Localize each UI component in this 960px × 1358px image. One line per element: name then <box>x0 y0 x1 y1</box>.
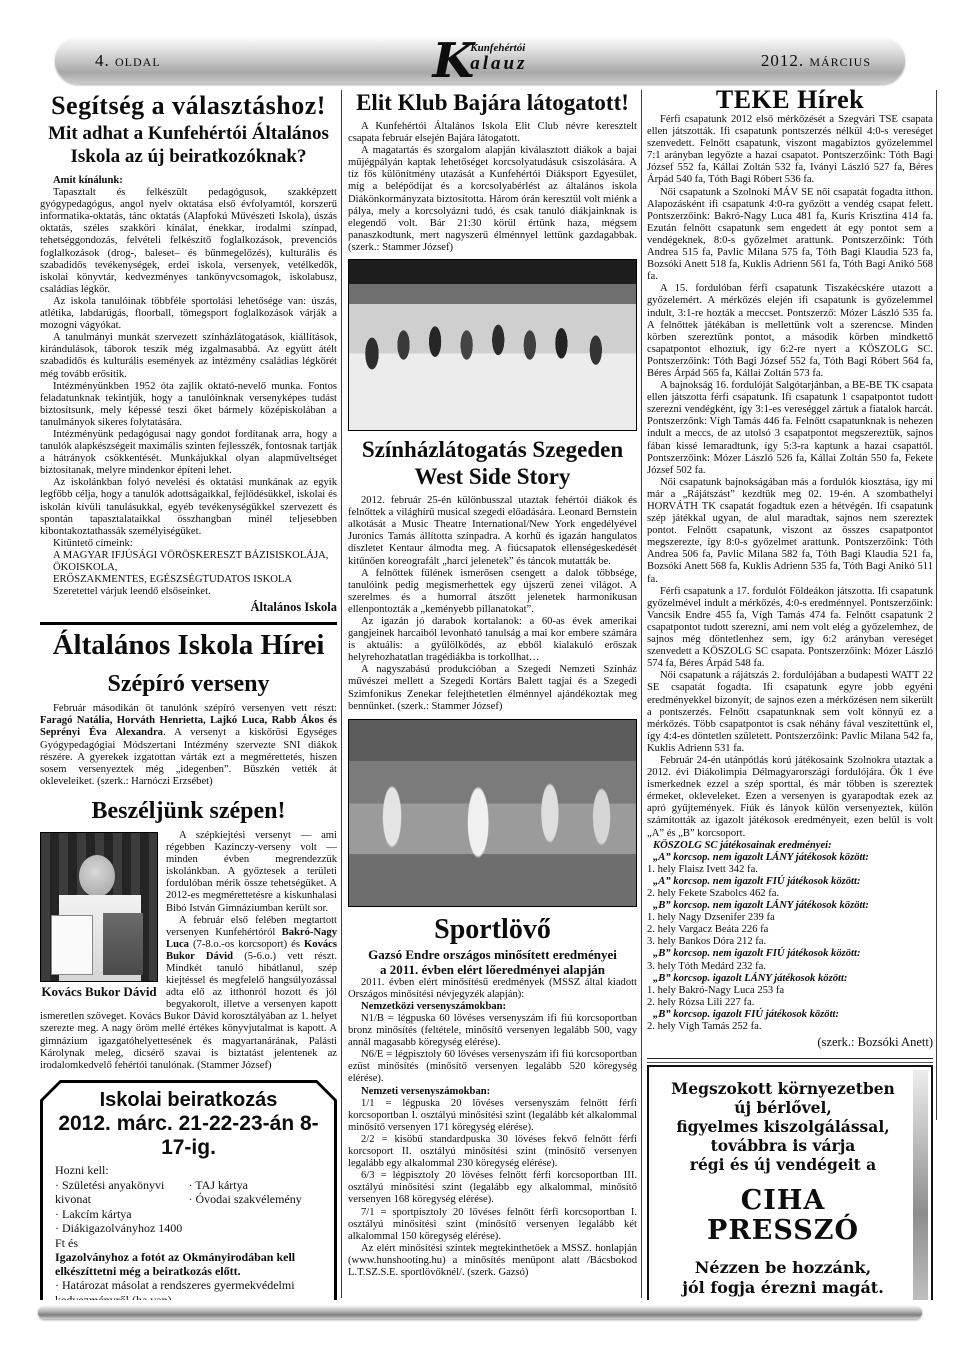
section-title-hirei: Általános Iskola Hírei <box>40 629 337 661</box>
photo-ice-skating-group <box>348 259 637 431</box>
checklist-item: · Óvodai szakvélemény <box>189 1192 323 1207</box>
paragraph: Szeretettel várjuk leendő elsőseinket. <box>40 586 337 598</box>
logo-k-glyph: K <box>433 36 475 86</box>
paragraph: Az iskolánkban folyó nevelési és oktatás… <box>40 477 337 537</box>
checklist-item: · TAJ kártya <box>189 1178 323 1193</box>
ad-line: továbbra is várja <box>661 1136 905 1155</box>
paragraph: A bajnokság 16. fordulóját Salgótarjánba… <box>647 380 933 477</box>
paragraph: Az iskola tanulóinak többféle sportolási… <box>40 296 337 332</box>
article-title-west-side-story: West Side Story <box>348 464 637 490</box>
column-separator <box>936 90 937 1120</box>
ciha-presszo-ad: Megszokott környezetbenúj bérlővel,figye… <box>647 1065 933 1300</box>
article-title-sportlovo: Sportlövő <box>348 915 637 945</box>
paragraph: Intézményünk pedagógusai nagy gondot for… <box>40 429 337 477</box>
paragraph: N6/E = légpisztoly 60 lövéses versenyszá… <box>348 1049 637 1085</box>
article-title-teke: TEKE Hírek <box>647 88 933 114</box>
enrollment-title: Iskolai beiratkozás <box>55 1089 322 1112</box>
sportlovo-subtitle-1: Gazsó Endre országos minősített eredmény… <box>348 947 637 962</box>
article-signature: Általános Iskola <box>40 600 337 615</box>
photo-figure-face <box>79 855 115 897</box>
photo-certificate <box>51 915 93 975</box>
paragraph: Az igazán jó darabok kortalanok: a 60-as… <box>348 616 637 664</box>
paragraph: 2012. február 25-én különbusszal utaztak… <box>348 495 637 568</box>
photo-kovacs-bukor-david <box>40 832 158 982</box>
paragraph: A 15. fordulóban férfi csapatunk Tiszaké… <box>647 283 933 380</box>
newspaper-logo: K Kunfehértói alauz <box>433 36 528 86</box>
paragraph: Intézményünkben 1952 óta zajlik oktató-n… <box>40 381 337 429</box>
paragraph: A nagyszabású produkcióban a Szegedi Nem… <box>348 664 637 712</box>
paragraph: Férfi csapatunk a 17. fordulót Földeákon… <box>647 586 933 671</box>
result-line: „B” korcsop. igazolt FIÚ játékosok közöt… <box>647 1009 933 1021</box>
enrollment-notice-inner: Iskolai beiratkozás 2012. márc. 21-22-23… <box>43 1083 334 1300</box>
ad-line: jól fogja érezni magát. <box>661 1278 905 1298</box>
issue-date-label: 2012. március <box>761 51 871 71</box>
paragraph: 1/1 = légpuska 20 lövéses versenyszám fe… <box>348 1098 637 1134</box>
logo-bottom-text: alauz <box>470 54 527 74</box>
result-line: „A” korcsop. nem igazolt FIÚ játékosok k… <box>647 876 933 888</box>
result-line: 2. hely Vargacz Beáta 226 fa <box>647 924 933 936</box>
result-line: 1. hely Flaisz Ivett 342 fa. <box>647 864 933 876</box>
column-separator <box>341 90 342 1298</box>
masthead: 4. oldal K Kunfehértói alauz 2012. márci… <box>55 38 905 84</box>
paragraph: Február másodikán öt tanulónk szépíró ve… <box>40 703 337 788</box>
ad-line: Nézzen be hozzánk, <box>661 1258 905 1278</box>
article-title-beszeljunk: Beszéljünk szépen! <box>40 798 337 825</box>
ad-business-name: CIHA PRESSZÓ <box>661 1186 905 1246</box>
newspaper-page: 4. oldal K Kunfehértói alauz 2012. márci… <box>0 0 960 1358</box>
paragraph: ERŐSZAKMENTES, EGÉSZSÉGTUDATOS ISKOLA <box>40 574 337 586</box>
enrollment-intro: Hozni kell: <box>55 1163 322 1178</box>
ad-divider <box>647 1058 933 1059</box>
article-body-beszeljunk: Kovács Bukor Dávid A szépkiejtési versen… <box>40 830 337 1072</box>
paragraph: N1/B = légpuska 60 lövéses versenyszám i… <box>348 1013 637 1049</box>
paragraph: 2/2 = kisöbű standardpuska 30 lövéses fe… <box>348 1134 637 1170</box>
result-line: 3. hely Tóth Medárd 232 fa. <box>647 961 933 973</box>
paragraph: Női csapatunk a Szolnoki MÁV SE női csap… <box>647 187 933 284</box>
article-body-elit-klub: A Kunfehértói Általános Iskola Elit Club… <box>348 121 637 254</box>
paragraph: ÖKOISKOLA, <box>40 562 337 574</box>
ad-line: Megszokott környezetben <box>661 1079 905 1098</box>
paragraph: Nemzeti versenyszámokban: <box>348 1086 637 1098</box>
paragraph: Tapasztalt és felkészült pedagógusok, sz… <box>40 187 337 296</box>
result-line: 2. hely Rózsa Lili 227 fa. <box>647 997 933 1009</box>
article-title-segitseg: Segítség a választáshoz! <box>40 92 337 120</box>
paragraph: Kitüntető címeink: <box>40 538 337 550</box>
checklist-column-2: · TAJ kártya· Óvodai szakvélemény <box>189 1178 323 1251</box>
paragraph: Női csapatunk bajnokságában más a fordul… <box>647 477 933 586</box>
article-title-szepiro: Szépíró verseny <box>40 671 337 698</box>
logo-text: Kunfehértói alauz <box>470 36 527 74</box>
ad-intro-lines: Megszokott környezetbenúj bérlővel,figye… <box>661 1079 905 1174</box>
result-line: „B” korcsop. nem igazolt LÁNY játékosok … <box>647 900 933 912</box>
checklist-item: · Diákigazolványhoz 1400 Ft és <box>55 1221 189 1250</box>
result-line: 2. hely Vígh Tamás 252 fa. <box>647 1021 933 1033</box>
article-body-szinhaz: 2012. február 25-én különbusszal utaztak… <box>348 495 637 713</box>
result-line: 1. hely Nagy Dzsenifer 239 fa <box>647 912 933 924</box>
paragraph: Az elért minősítési szintek megtekinthet… <box>348 1243 637 1279</box>
enrollment-notice-box: Iskolai beiratkozás 2012. márc. 21-22-23… <box>40 1080 337 1300</box>
paragraph: 2011. évben elért minősítésű eredmények … <box>348 977 637 1001</box>
paragraph: 6/3 = légpisztoly 20 lövéses felnőtt fér… <box>348 1170 637 1206</box>
ad-line: figyelmes kiszolgálással, <box>661 1117 905 1136</box>
ad-closing-lines: Nézzen be hozzánk,jól fogja érezni magát… <box>661 1258 905 1298</box>
middle-column: Elit Klub Bajára látogatott! A Kunfehért… <box>348 88 637 1300</box>
column-separator <box>641 90 642 1298</box>
article-subtitle-segitseg: Mit adhat a Kunfehértói Általános Iskola… <box>48 122 329 168</box>
teke-results-list: KÖSZOLG SC játékosainak eredményei:„A” k… <box>647 840 933 1034</box>
result-line: „B” korcsop. igazolt LÁNY játékosok közö… <box>647 973 933 985</box>
paragraph: Február 24-én utánpótlás korú játékosain… <box>647 755 933 840</box>
enrollment-note: · Határozat másolat a rendszeres gyermek… <box>55 1278 322 1300</box>
result-line: 3. hely Bankos Dóra 212 fa. <box>647 936 933 948</box>
ad-line: régi és új vendégeit a <box>661 1155 905 1174</box>
result-line: „B” korcsop. nem igazolt FIÚ játékosok k… <box>647 948 933 960</box>
paragraph: A MAGYAR IFJÚSÁGI VÖRÖSKERESZT BÁZISISKO… <box>40 550 337 562</box>
paragraph: 7/1 = sportpisztoly 20 lövéses felnőtt f… <box>348 1207 637 1243</box>
photo-block: Kovács Bukor Dávid <box>40 832 158 1000</box>
photo-west-side-story-dancers <box>348 719 637 907</box>
page-footer-bar <box>38 1306 922 1319</box>
checklist-item: · Születési anyakönyvi kivonat <box>55 1178 189 1207</box>
article-title-szinhaz: Színházlátogatás Szegeden <box>348 437 637 463</box>
checklist-column-1: · Születési anyakönyvi kivonat· Lakcím k… <box>55 1178 189 1251</box>
paragraph: A tanulmányi munkát szervezett színházlá… <box>40 332 337 380</box>
photo-caption: Kovács Bukor Dávid <box>40 984 158 1000</box>
result-line: 1. hely Bakró-Nagy Luca 253 fa <box>647 985 933 997</box>
checklist-item: · Lakcím kártya <box>55 1207 189 1222</box>
article-body-segitseg: Amit kínálunk:Tapasztalt és felkészült p… <box>40 175 337 598</box>
paragraph: Női csapatunk a rájátszás 2. fordulójába… <box>647 670 933 755</box>
paragraph: Nemzetközi versenyszámokban: <box>348 1001 637 1013</box>
right-column: TEKE Hírek Férfi csapatunk 2012 első mér… <box>647 88 933 1300</box>
section-divider <box>40 622 337 625</box>
enrollment-date: 2012. márc. 21-22-23-án 8-17-ig. <box>55 1112 322 1160</box>
enrollment-checklist: · Születési anyakönyvi kivonat· Lakcím k… <box>55 1178 322 1251</box>
photo-book <box>103 913 143 975</box>
result-line: „A” korcsop. nem igazolt LÁNY játékosok … <box>647 852 933 864</box>
left-column: Segítség a választáshoz! Mit adhat a Kun… <box>40 88 337 1300</box>
enrollment-note-bold: Igazolványhoz a fotót az Okmányirodában … <box>55 1250 322 1278</box>
page-number-label: 4. oldal <box>95 51 161 71</box>
result-line: 2. hely Fekete Szabolcs 462 fa. <box>647 888 933 900</box>
ad-line: új bérlővel, <box>661 1098 905 1117</box>
article-body-teke: Férfi csapatunk 2012 első mérkőzését a S… <box>647 114 933 840</box>
result-line: KÖSZOLG SC játékosainak eredményei: <box>647 840 933 852</box>
paragraph: A Kunfehértói Általános Iskola Elit Club… <box>348 121 637 145</box>
paragraph: A magatartás és szorgalom alapján kivála… <box>348 145 637 254</box>
paragraph: A felnőttek fülének ismerősen csengett a… <box>348 568 637 616</box>
paragraph: Amit kínálunk: <box>40 175 337 187</box>
paragraph: Férfi csapatunk 2012 első mérkőzését a S… <box>647 114 933 187</box>
sportlovo-subtitle-2: a 2011. évben elért lőeredményei alapján <box>348 962 637 977</box>
teke-signature: (szerk.: Bozsóki Anett) <box>647 1035 933 1050</box>
article-title-elit-klub: Elit Klub Bajára látogatott! <box>348 90 637 116</box>
article-body-sportlovo: 2011. évben elért minősítésű eredmények … <box>348 977 637 1279</box>
article-body-szepiro: Február másodikán öt tanulónk szépíró ve… <box>40 703 337 788</box>
